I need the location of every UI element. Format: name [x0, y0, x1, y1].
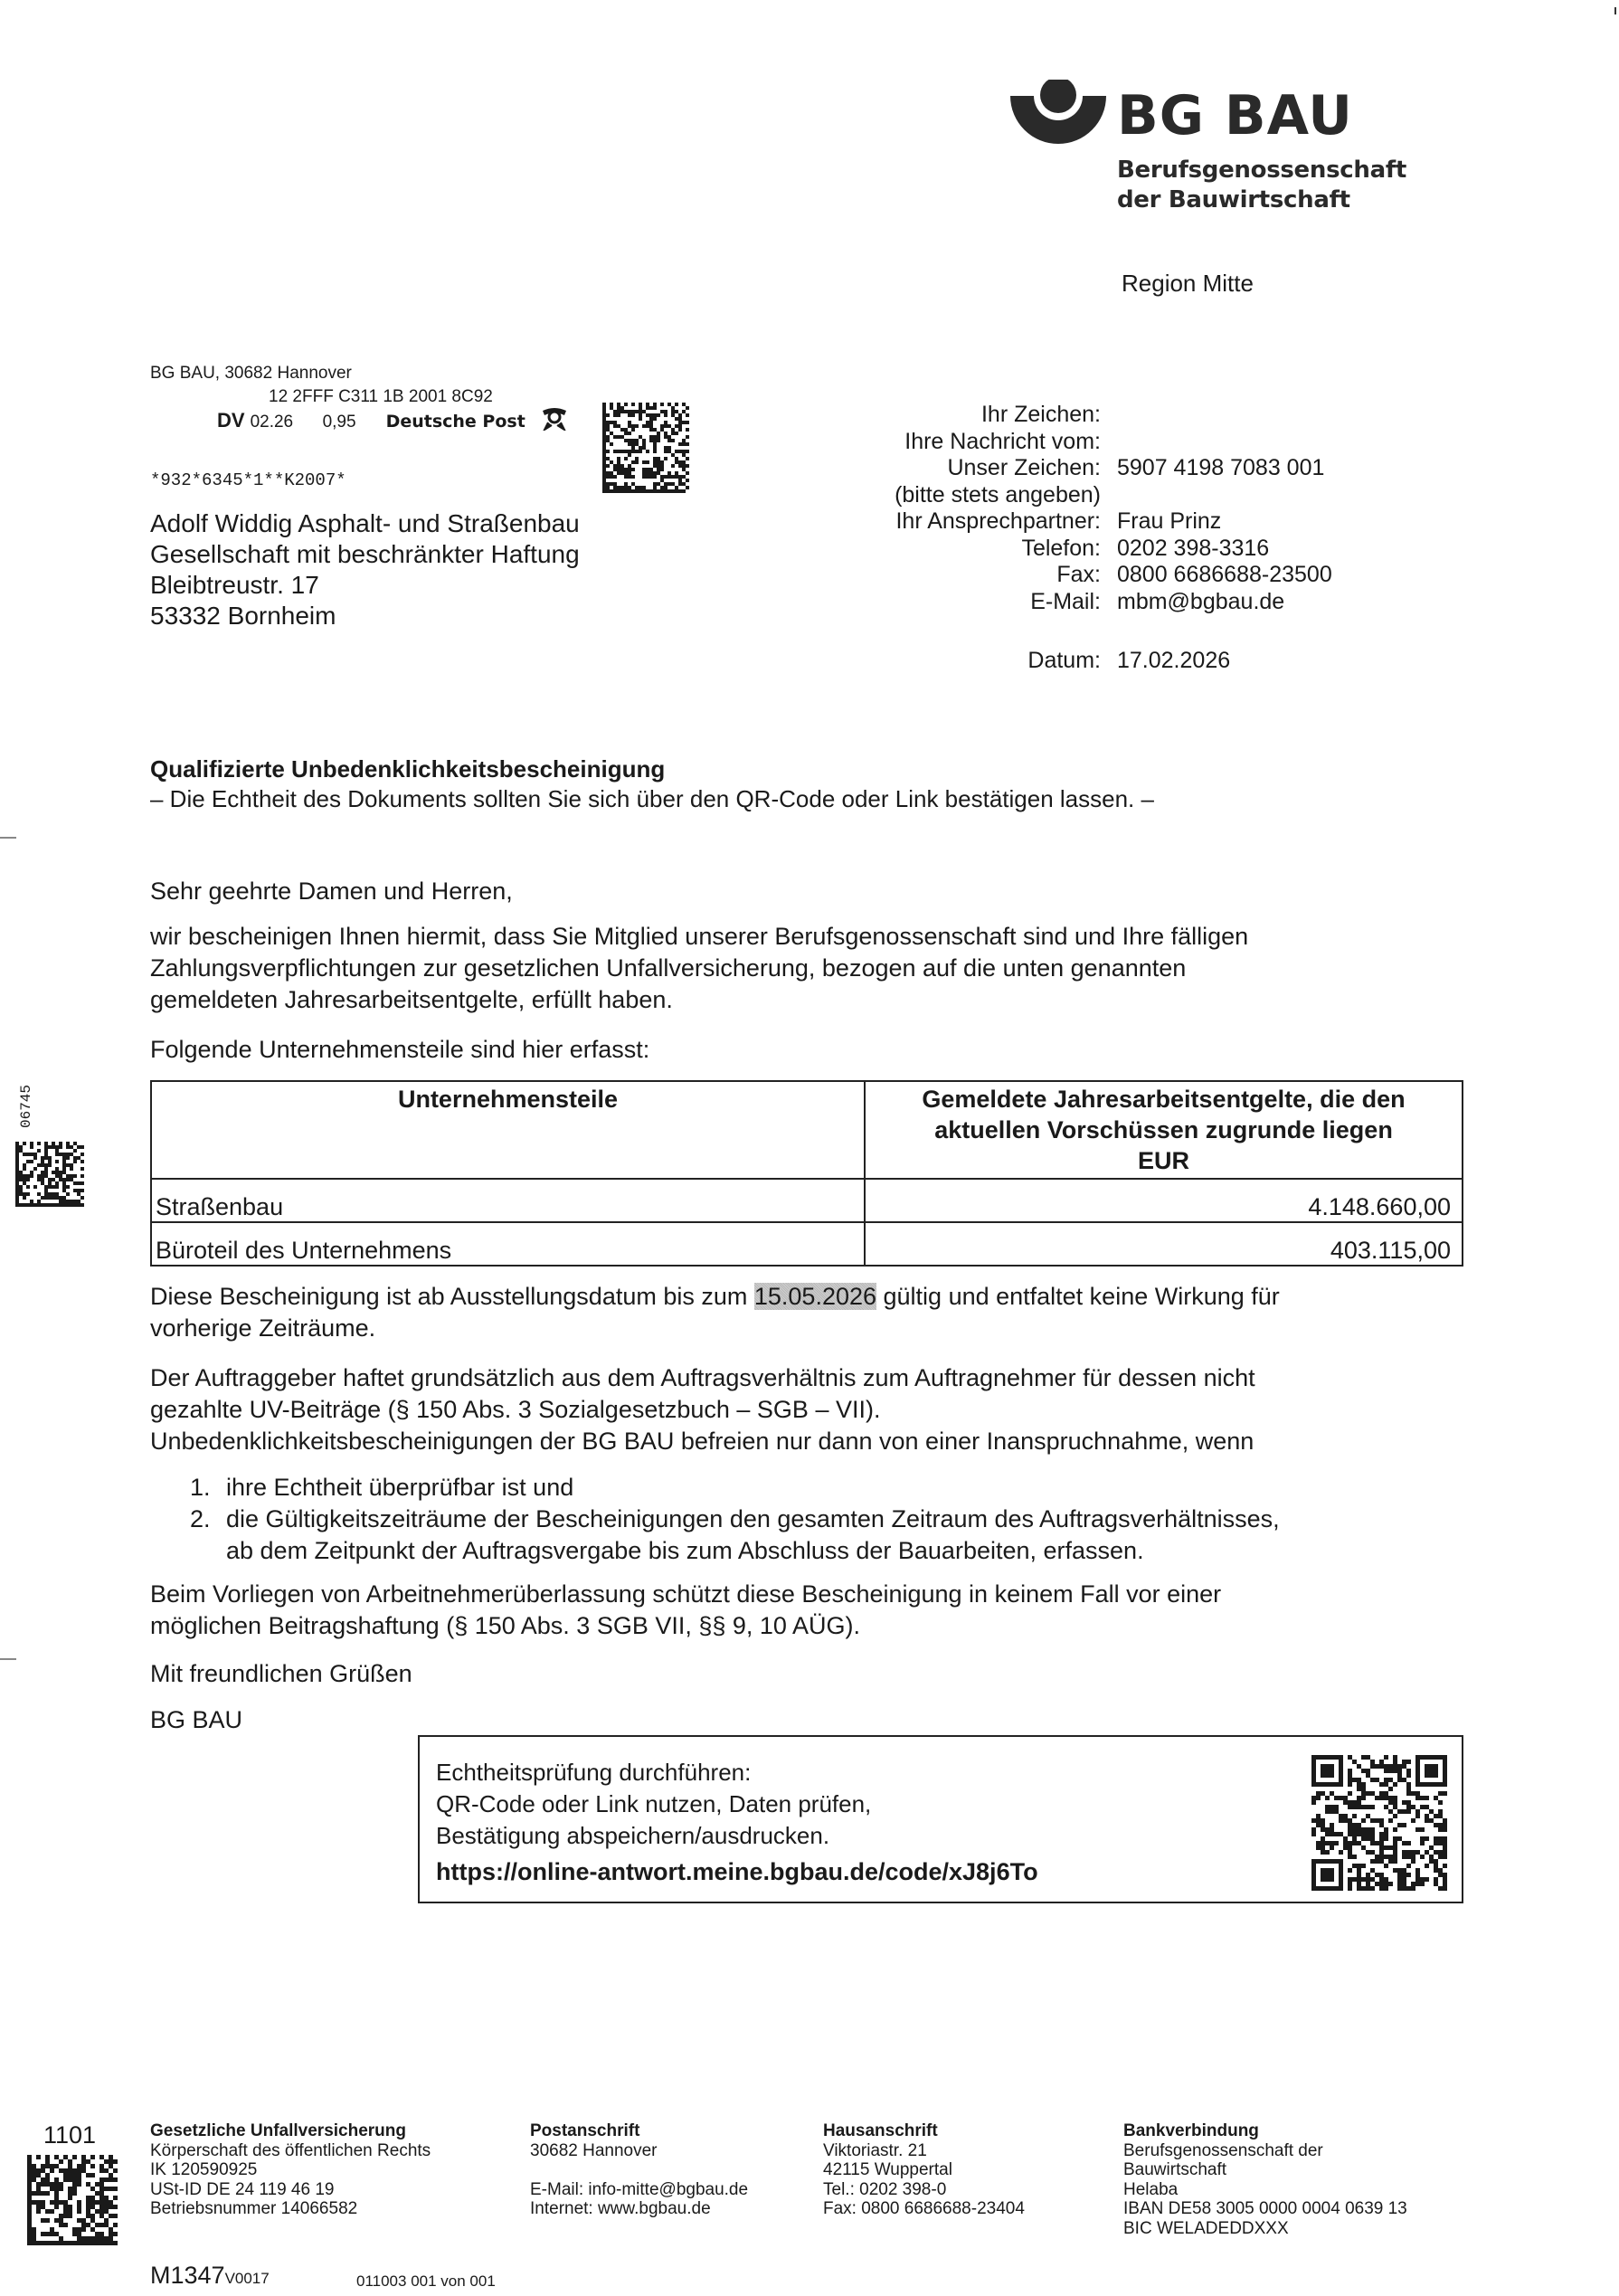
- logo-subtitle: Berufsgenossenschaft der Bauwirtschaft: [1117, 156, 1406, 215]
- footer-line: IK 120590925: [150, 2160, 431, 2180]
- paragraph-leasing: Beim Vorliegen von Arbeitnehmerüberlassu…: [150, 1579, 1480, 1642]
- reference-label: Unser Zeichen:: [850, 455, 1101, 482]
- text-span: gültig und entfaltet keine Wirkung für: [876, 1283, 1280, 1310]
- footer-heading: Gesetzliche Unfallversicherung: [150, 2121, 431, 2141]
- date-row: Datum: 17.02.2026: [850, 648, 1230, 674]
- bg-bau-emblem-icon: [1008, 80, 1108, 152]
- header-line: EUR: [873, 1145, 1454, 1176]
- footer-column-address: HausanschriftViktoriastr. 2142115 Wupper…: [823, 2121, 1025, 2219]
- reference-row: Ihre Nachricht vom:: [850, 429, 1332, 456]
- footer-line: Tel.: 0202 398-0: [823, 2180, 1025, 2200]
- closing: Mit freundlichen Grüßen: [150, 1658, 1480, 1690]
- column-header-company-parts: Unternehmensteile: [151, 1081, 865, 1179]
- reference-row: Fax:0800 6686688-23500: [850, 562, 1332, 589]
- footer-heading: Hausanschrift: [823, 2121, 1025, 2141]
- company-part-amount: 4.148.660,00: [865, 1179, 1463, 1222]
- subject-title: Qualifizierte Unbedenklichkeitsbescheini…: [150, 754, 1154, 784]
- list-number: 1.: [190, 1472, 226, 1504]
- side-number-wrap: 06745: [18, 1081, 36, 1135]
- footer-line: [530, 2160, 748, 2180]
- date-label: Datum:: [850, 648, 1101, 674]
- header-line: Gemeldete Jahresarbeitsentgelte, die den: [873, 1084, 1454, 1115]
- franking-matrix-code: [602, 403, 691, 493]
- form-code: M1347V0017: [150, 2262, 270, 2290]
- paragraph-validity: Diese Bescheinigung ist ab Ausstellungsd…: [150, 1281, 1480, 1344]
- footer-line: Fax: 0800 6686688-23404: [823, 2199, 1025, 2219]
- footer-column-postal: Postanschrift30682 Hannover E-Mail: info…: [530, 2121, 748, 2219]
- verification-qr-code[interactable]: [1311, 1755, 1447, 1891]
- paragraph-intro-table: Folgende Unternehmensteile sind hier erf…: [150, 1034, 1480, 1066]
- table-row: Straßenbau 4.148.660,00: [151, 1179, 1463, 1222]
- text-line: möglichen Beitragshaftung (§ 150 Abs. 3 …: [150, 1610, 1480, 1642]
- scan-mark: [1614, 7, 1616, 14]
- text-line: die Gültigkeitszeiträume der Bescheinigu…: [226, 1504, 1280, 1535]
- text-line: Zahlungsverpflichtungen zur gesetzlichen…: [150, 953, 1480, 984]
- barcode-text: *932*6345*1**K2007*: [150, 470, 346, 490]
- logo-title: BG BAU: [1117, 89, 1353, 143]
- subject-note: – Die Echtheit des Dokuments sollten Sie…: [150, 784, 1154, 814]
- footer-matrix-code: [27, 2155, 118, 2245]
- text-line: Bestätigung abspeichern/ausdrucken.: [436, 1820, 871, 1852]
- fold-mark: [0, 1658, 16, 1660]
- logo-subtitle-line: der Bauwirtschaft: [1117, 185, 1406, 215]
- header-line: aktuellen Vorschüssen zugrunde liegen: [873, 1115, 1454, 1145]
- reference-value: Frau Prinz: [1117, 508, 1221, 536]
- reference-value: mbm@bgbau.de: [1117, 589, 1284, 616]
- footer-line: Betriebsnummer 14066582: [150, 2199, 431, 2219]
- reference-value: 0202 398-3316: [1117, 536, 1269, 563]
- date-value: 17.02.2026: [1117, 648, 1230, 674]
- text-line: Diese Bescheinigung ist ab Ausstellungsd…: [150, 1281, 1480, 1313]
- recipient-line: 53332 Bornheim: [150, 601, 580, 631]
- paragraph-certification: wir bescheinigen Ihnen hiermit, dass Sie…: [150, 921, 1480, 1016]
- footer-column-bank: BankverbindungBerufsgenossenschaft derBa…: [1123, 2121, 1407, 2238]
- conditions-list: 1. ihre Echtheit überprüfbar ist und 2. …: [190, 1472, 1280, 1567]
- subject: Qualifizierte Unbedenklichkeitsbescheini…: [150, 754, 1154, 814]
- company-part-amount: 403.115,00: [865, 1222, 1463, 1266]
- text-line: gezahlte UV-Beiträge (§ 150 Abs. 3 Sozia…: [150, 1394, 1480, 1426]
- footer-line: Bauwirtschaft: [1123, 2160, 1407, 2180]
- region-label: Region Mitte: [1122, 270, 1254, 298]
- reference-block: Ihr Zeichen:Ihre Nachricht vom:Unser Zei…: [850, 402, 1332, 615]
- footer-heading: Postanschrift: [530, 2121, 748, 2141]
- sender-return-address: BG BAU, 30682 Hannover: [150, 364, 352, 384]
- text-line: vorherige Zeiträume.: [150, 1313, 1480, 1344]
- footer-line: BIC WELADEDDXXX: [1123, 2219, 1407, 2239]
- reference-value: 5907 4198 7083 001: [1117, 455, 1324, 482]
- franking-dv-label: DV: [217, 409, 245, 432]
- text-line: ihre Echtheit überprüfbar ist und: [226, 1472, 573, 1504]
- verification-instructions: Echtheitsprüfung durchführen: QR-Code od…: [436, 1757, 871, 1852]
- franking-code: 12 2FFF C311 1B 2001 8C92: [269, 387, 493, 407]
- table-row: Büroteil des Unternehmens 403.115,00: [151, 1222, 1463, 1266]
- footer-line: Internet: www.bgbau.de: [530, 2199, 748, 2219]
- footer-line: IBAN DE58 3005 0000 0004 0639 13: [1123, 2199, 1407, 2219]
- recipient-line: Adolf Widdig Asphalt- und Straßenbau: [150, 508, 580, 539]
- reference-row: E-Mail:mbm@bgbau.de: [850, 589, 1332, 616]
- text-line: QR-Code oder Link nutzen, Daten prüfen,: [436, 1788, 871, 1820]
- footer-line: 42115 Wuppertal: [823, 2160, 1025, 2180]
- fold-mark: [0, 837, 16, 839]
- list-item: 1. ihre Echtheit überprüfbar ist und: [190, 1472, 1280, 1504]
- reference-label: Fax:: [850, 562, 1101, 589]
- reference-label: Telefon:: [850, 536, 1101, 563]
- footer-heading: Bankverbindung: [1123, 2121, 1407, 2141]
- post-horn-icon: [541, 407, 568, 431]
- reference-row: Unser Zeichen:5907 4198 7083 001: [850, 455, 1332, 482]
- franking-date: 02.26: [251, 413, 323, 432]
- verification-link[interactable]: https://online-antwort.meine.bgbau.de/co…: [436, 1858, 1038, 1886]
- verification-box: Echtheitsprüfung durchführen: QR-Code od…: [418, 1735, 1463, 1903]
- company-parts-table: Unternehmensteile Gemeldete Jahresarbeit…: [150, 1080, 1463, 1267]
- reference-label: Ihre Nachricht vom:: [850, 429, 1101, 456]
- reference-value: 0800 6686688-23500: [1117, 562, 1332, 589]
- footer-line: Viktoriastr. 21: [823, 2141, 1025, 2161]
- recipient-line: Gesellschaft mit beschränkter Haftung: [150, 539, 580, 570]
- reference-row: Ihr Zeichen:: [850, 402, 1332, 429]
- reference-row: Ihr Ansprechpartner:Frau Prinz: [850, 508, 1332, 536]
- carrier-name: Deutsche Post: [386, 412, 525, 432]
- side-number: 06745: [18, 1085, 34, 1128]
- franking-row: DV 02.26 0,95 Deutsche Post: [217, 409, 525, 432]
- recipient-address: Adolf Widdig Asphalt- und Straßenbau Ges…: [150, 508, 580, 631]
- page-info: 011003 001 von 001: [356, 2272, 496, 2291]
- text-line: gemeldeten Jahresarbeitsentgelte, erfüll…: [150, 984, 1480, 1016]
- paragraph-liability: Der Auftraggeber haftet grundsätzlich au…: [150, 1362, 1480, 1457]
- text-span: Diese Bescheinigung ist ab Ausstellungsd…: [150, 1283, 754, 1310]
- signature: BG BAU: [150, 1704, 1480, 1736]
- text-line: Unbedenklichkeitsbescheinigungen der BG …: [150, 1426, 1480, 1457]
- table-header-row: Unternehmensteile Gemeldete Jahresarbeit…: [151, 1081, 1463, 1179]
- reference-label: Ihr Zeichen:: [850, 402, 1101, 429]
- column-header-wages: Gemeldete Jahresarbeitsentgelte, die den…: [865, 1081, 1463, 1179]
- reference-label: Ihr Ansprechpartner:: [850, 508, 1101, 536]
- text-line: Beim Vorliegen von Arbeitnehmerüberlassu…: [150, 1579, 1480, 1610]
- form-version: V0017: [225, 2270, 270, 2287]
- footer-line: USt-ID DE 24 119 46 19: [150, 2180, 431, 2200]
- valid-until-date: 15.05.2026: [754, 1283, 876, 1310]
- list-number: 2.: [190, 1504, 226, 1567]
- text-line: ab dem Zeitpunkt der Auftragsvergabe bis…: [226, 1535, 1280, 1567]
- recipient-line: Bleibtreustr. 17: [150, 570, 580, 601]
- company-part-name: Straßenbau: [151, 1179, 865, 1222]
- footer-number: 1101: [43, 2121, 96, 2149]
- text-line: Echtheitsprüfung durchführen:: [436, 1757, 871, 1788]
- footer-line: Körperschaft des öffentlichen Rechts: [150, 2141, 431, 2161]
- footer-column-legal: Gesetzliche UnfallversicherungKörperscha…: [150, 2121, 431, 2219]
- company-part-name: Büroteil des Unternehmens: [151, 1222, 865, 1266]
- reference-label: (bitte stets angeben): [850, 482, 1101, 509]
- side-matrix-code: [15, 1142, 84, 1207]
- text-line: Der Auftraggeber haftet grundsätzlich au…: [150, 1362, 1480, 1394]
- greeting: Sehr geehrte Damen und Herren,: [150, 876, 1480, 907]
- text-line: wir bescheinigen Ihnen hiermit, dass Sie…: [150, 921, 1480, 953]
- footer-line: E-Mail: info-mitte@bgbau.de: [530, 2180, 748, 2200]
- reference-row: (bitte stets angeben): [850, 482, 1332, 509]
- bg-bau-logo: BG BAU Berufsgenossenschaft der Bauwirts…: [1008, 80, 1443, 224]
- footer-line: 30682 Hannover: [530, 2141, 748, 2161]
- reference-row: Telefon:0202 398-3316: [850, 536, 1332, 563]
- list-item: 2. die Gültigkeitszeiträume der Beschein…: [190, 1504, 1280, 1567]
- reference-label: E-Mail:: [850, 589, 1101, 616]
- footer-line: Helaba: [1123, 2180, 1407, 2200]
- footer-line: Berufsgenossenschaft der: [1123, 2141, 1407, 2161]
- form-code-text: M1347: [150, 2262, 225, 2289]
- logo-subtitle-line: Berufsgenossenschaft: [1117, 156, 1406, 185]
- franking-price: 0,95: [323, 413, 379, 432]
